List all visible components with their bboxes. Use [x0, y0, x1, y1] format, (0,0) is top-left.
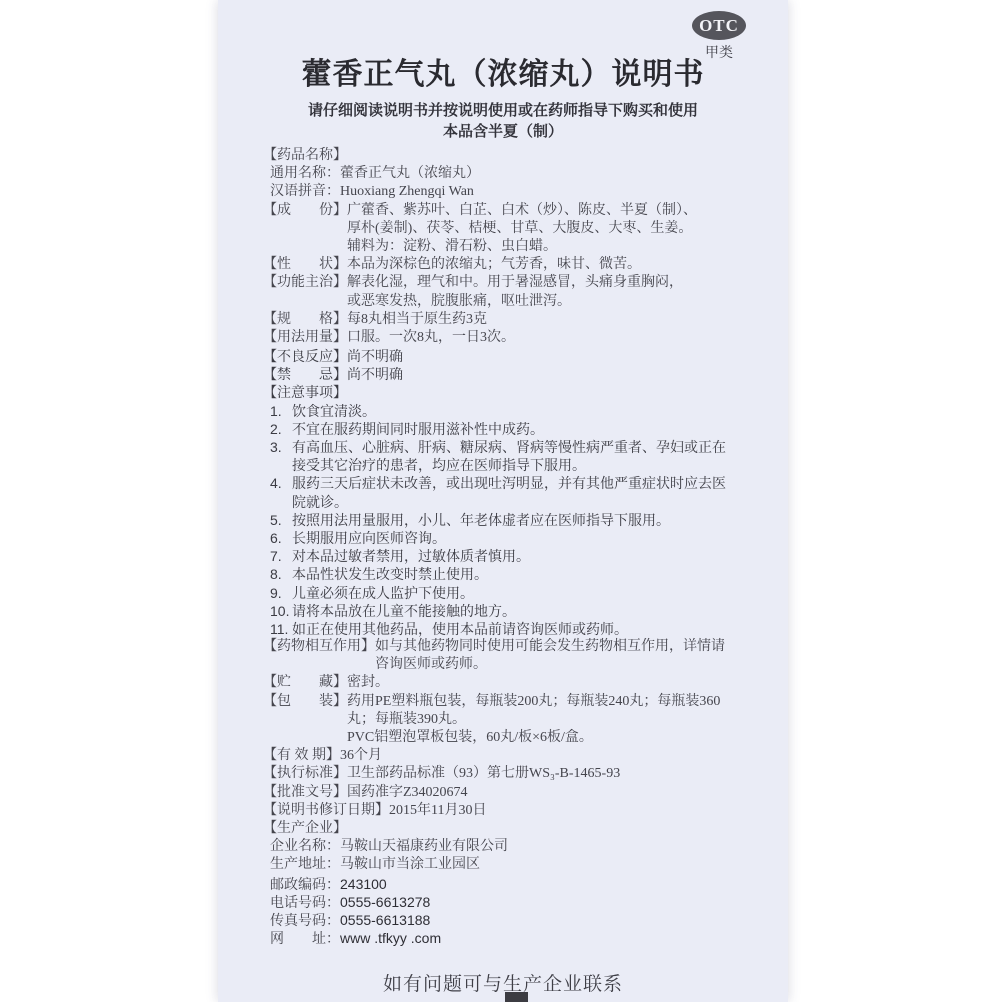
section-specification: 【规 格】每8丸相当于原生药3克 [263, 311, 772, 329]
precaution-item: 2.不宜在服药期间同时服用滋补性中成药。 [263, 420, 772, 438]
packaging-label: 【包 装】 [263, 694, 347, 709]
leaflet-paper: OTC 甲类 藿香正气丸（浓缩丸）说明书 请仔细阅读说明书并按说明使用或在药师指… [218, 0, 788, 1002]
validity-label: 【有 效 期】 [263, 748, 340, 763]
section-functions: 【功能主治】解表化湿，理气和中。用于暑湿感冒，头痛身重胸闷， [263, 274, 772, 292]
precaution-item: 11.如正在使用其他药品，使用本品前请咨询医师或药师。 [263, 620, 772, 638]
precaution-item: 9.儿童必须在成人监护下使用。 [263, 584, 772, 602]
pinellia-content-notice: 本品含半夏（制） [218, 121, 788, 142]
leaflet-body: 【药品名称】 通用名称：藿香正气丸（浓缩丸） 汉语拼音：Huoxiang Zhe… [218, 142, 788, 947]
otc-class-label: 甲类 [690, 42, 748, 62]
section-manufacturer-label: 【生产企业】 [263, 820, 772, 838]
barcode-fragment [505, 992, 528, 1002]
read-instructions-notice: 请仔细阅读说明书并按说明使用或在药师指导下购买和使用 [218, 100, 788, 121]
section-packaging: 【包 装】药用PE塑料瓶包装，每瓶装200丸；每瓶装240丸；每瓶装360 [263, 693, 772, 711]
contact-manufacturer-note: 如有问题可与生产企业联系 [218, 969, 788, 996]
section-dosage: 【用法用量】口服。一次8丸，一日3次。 [263, 329, 772, 347]
section-contraindications: 【禁 忌】尚不明确 [263, 365, 772, 383]
functions-line2: 或恶寒发热，脘腹胀痛，呕吐泄泻。 [263, 293, 772, 311]
section-approval-number: 【批准文号】国药准字Z34020674 [263, 784, 772, 802]
precaution-item: 3.有高血压、心脏病、肝病、糖尿病、肾病等慢性病严重者、孕妇或正在 [263, 438, 772, 456]
section-drug-name-label: 【药品名称】 [263, 147, 772, 165]
otc-label: OTC [699, 16, 739, 35]
drug-interactions-line2: 咨询医师或药师。 [263, 656, 772, 674]
contraindications-label: 【禁 忌】 [263, 366, 347, 382]
dosage-label: 【用法用量】 [263, 330, 347, 345]
precaution-item: 1.饮食宜清淡。 [263, 402, 772, 420]
packaging-line3: PVC铝塑泡罩板包装，60丸/板×6板/盒。 [263, 729, 772, 747]
otc-area: OTC 甲类 [690, 11, 748, 62]
adverse-reactions-label: 【不良反应】 [263, 348, 347, 364]
phone-number-row: 电话号码：0555-6613278 [263, 893, 772, 911]
precaution-item: 6.长期服用应向医师咨询。 [263, 529, 772, 547]
pinyin-row: 汉语拼音：Huoxiang Zhengqi Wan [263, 183, 772, 201]
section-storage: 【贮 藏】密封。 [263, 674, 772, 692]
storage-label: 【贮 藏】 [263, 675, 347, 690]
precaution-item: 5.按照用法用量服用，小儿、年老体虚者应在医师指导下服用。 [263, 511, 772, 529]
website-row: 网 址：www .tfkyy .com [263, 929, 772, 947]
precaution-item: 7.对本品过敏者禁用，过敏体质者慎用。 [263, 547, 772, 565]
section-ingredients: 【成 份】广藿香、紫苏叶、白芷、白术（炒）、陈皮、半夏（制）、 [263, 202, 772, 220]
manufacturer-name-row: 企业名称：马鞍山天福康药业有限公司 [263, 838, 772, 856]
ingredients-excipients: 辅料为：淀粉、滑石粉、虫白蜡。 [263, 238, 772, 256]
functions-label: 【功能主治】 [263, 275, 347, 290]
revision-date-label: 【说明书修订日期】 [263, 803, 389, 818]
section-revision-date: 【说明书修订日期】2015年11月30日 [263, 802, 772, 820]
drug-interactions-label: 【药物相互作用】 [263, 639, 375, 654]
section-adverse-reactions: 【不良反应】尚不明确 [263, 347, 772, 365]
manufacturer-address-row: 生产地址：马鞍山市当涂工业园区 [263, 856, 772, 874]
generic-name-row: 通用名称：藿香正气丸（浓缩丸） [263, 165, 772, 183]
standard-label: 【执行标准】 [263, 766, 347, 781]
precaution-item-cont: 院就诊。 [263, 493, 772, 511]
section-properties: 【性 状】本品为深棕色的浓缩丸；气芳香，味甘、微苦。 [263, 256, 772, 274]
section-drug-interactions: 【药物相互作用】如与其他药物同时使用可能会发生药物相互作用，详情请 [263, 638, 772, 656]
section-standard: 【执行标准】卫生部药品标准（93）第七册WS₃-B-1465-93 [263, 765, 772, 783]
approval-number-label: 【批准文号】 [263, 785, 347, 800]
precaution-item: 8.本品性状发生改变时禁止使用。 [263, 565, 772, 583]
otc-badge-icon: OTC [692, 11, 746, 40]
packaging-line2: 丸；每瓶装390丸。 [263, 711, 772, 729]
precaution-item: 4.服药三天后症状未改善，或出现吐泻明显，并有其他严重症状时应去医 [263, 474, 772, 492]
ingredients-line2: 厚朴(姜制)、茯苓、桔梗、甘草、大腹皮、大枣、生姜。 [263, 220, 772, 238]
postal-code-row: 邮政编码：243100 [263, 875, 772, 893]
ingredients-label: 【成 份】 [263, 203, 347, 218]
precaution-item-cont: 接受其它治疗的患者，均应在医师指导下服用。 [263, 456, 772, 474]
precaution-item: 10.请将本品放在儿童不能接触的地方。 [263, 602, 772, 620]
properties-label: 【性 状】 [263, 257, 347, 272]
fax-number-row: 传真号码：0555-6613188 [263, 911, 772, 929]
specification-label: 【规 格】 [263, 312, 347, 327]
section-precautions-label: 【注意事项】 [263, 383, 772, 401]
section-validity: 【有 效 期】36个月 [263, 747, 772, 765]
